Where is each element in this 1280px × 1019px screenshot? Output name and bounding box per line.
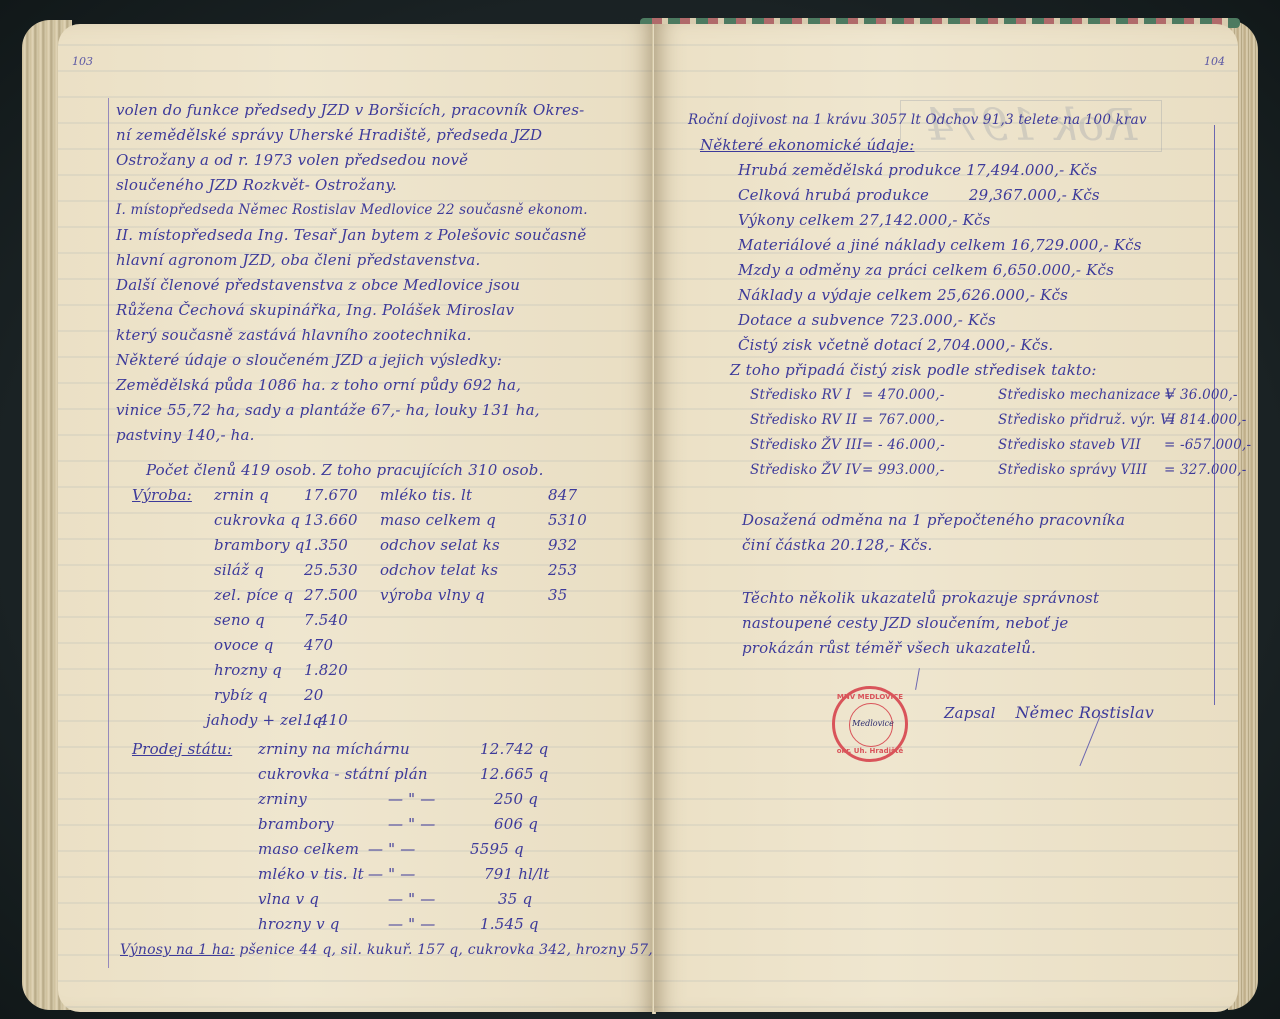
yields-label: Výnosy na 1 ha: [120, 942, 235, 958]
econ-row: Výkony celkem 27,142.000,- Kčs [738, 208, 1142, 233]
table-row: zel. píce q27.500 [214, 583, 354, 608]
table-row: Středisko ŽV IV= 993.000,-Středisko sprá… [750, 458, 1240, 483]
stamp-top-text: MNV MEDLOVICE [835, 693, 905, 701]
text-line: činí částka 20.128,- Kčs. [742, 533, 1125, 558]
text-line: nastoupené cesty JZD sloučením, neboť je [742, 611, 1099, 636]
centers-table: Středisko RV I= 470.000,-Středisko mecha… [750, 383, 1240, 483]
text-line: Některé údaje o sloučeném JZD a jejich v… [116, 348, 588, 373]
stamp-signature: Medlovice [843, 719, 903, 728]
left-intro: volen do funkce předsedy JZD v Boršicích… [116, 98, 588, 448]
table-row: rybíz q20 [214, 683, 354, 708]
econ-heading: Některé ekonomické údaje: [700, 133, 914, 158]
stamp-bottom-text: okr. Uh. Hradiště [835, 747, 905, 755]
table-row: odchov telat ks253 [380, 558, 620, 583]
econ-row: Čistý zisk včetně dotací 2,704.000,- Kčs… [738, 333, 1142, 358]
text-line: I. místopředseda Němec Rostislav Medlovi… [116, 198, 588, 223]
table-row: seno q7.540 [214, 608, 354, 633]
reward-text: Dosažená odměna na 1 přepočteného pracov… [742, 508, 1125, 558]
econ-row: Materiálové a jiné náklady celkem 16,729… [738, 233, 1142, 258]
text-line: který současně zastává hlavního zootechn… [116, 323, 588, 348]
production-col1: zrnin q17.670 cukrovka q13.660 brambory … [214, 483, 354, 733]
table-row: vlna v q— " —35 q [258, 887, 648, 912]
table-row: maso celkem— " —5595 q [258, 837, 648, 862]
official-stamp: MNV MEDLOVICE Medlovice okr. Uh. Hradišt… [832, 686, 908, 762]
members-line: Počet členů 419 osob. Z toho pracujících… [146, 458, 544, 483]
state-sales-table: Prodej státu: zrniny na míchárnu12.742 q… [132, 737, 652, 937]
text-line: sloučeného JZD Rozkvět- Ostrožany. [116, 173, 588, 198]
text-line: vinice 55,72 ha, sady a plantáže 67,- ha… [116, 398, 588, 423]
text-line: Ostrožany a od r. 1973 volen předsedou n… [116, 148, 588, 173]
signature-name: Němec Rostislav [1015, 703, 1154, 722]
table-row: cukrovka - státní plán12.665 q [258, 762, 648, 787]
table-row: mléko tis. lt847 [380, 483, 620, 508]
table-row: Středisko ŽV III= - 46.000,-Středisko st… [750, 433, 1240, 458]
production-col2: mléko tis. lt847 maso celkem q5310 odcho… [380, 483, 620, 608]
text-line: II. místopředseda Ing. Tesař Jan bytem z… [116, 223, 588, 248]
table-row: cukrovka q13.660 [214, 508, 354, 533]
text-line: Zemědělská půda 1086 ha. z toho orní půd… [116, 373, 588, 398]
econ-list: Hrubá zemědělská produkce 17,494.000,- K… [738, 158, 1142, 358]
yields-line: Výnosy na 1 ha: pšenice 44 q, sil. kukuř… [120, 938, 658, 963]
table-row: brambory q1.350 [214, 533, 354, 558]
text-line: Dosažená odměna na 1 přepočteného pracov… [742, 508, 1125, 533]
text-line: Těchto několik ukazatelů prokazuje správ… [742, 586, 1099, 611]
milk-line: Roční dojivost na 1 krávu 3057 lt Odchov… [688, 108, 1147, 133]
text-line: hlavní agronom JZD, oba členi představen… [116, 248, 588, 273]
signature-label: Zapsal [944, 704, 996, 722]
table-row: výroba vlny q35 [380, 583, 620, 608]
table-row: hrozny v q— " —1.545 q [258, 912, 648, 937]
text-line: Růžena Čechová skupinářka, Ing. Polášek … [116, 298, 588, 323]
production-label: Výroba: [132, 483, 192, 508]
econ-row: Celková hrubá produkce 29,367.000,- Kčs [738, 183, 1142, 208]
table-row: mléko v tis. lt— " —791 hl/lt [258, 862, 648, 887]
table-row: Středisko RV II= 767.000,-Středisko přid… [750, 408, 1240, 433]
table-row: ovoce q470 [214, 633, 354, 658]
table-row: maso celkem q5310 [380, 508, 620, 533]
econ-row: Mzdy a odměny za práci celkem 6,650.000,… [738, 258, 1142, 283]
econ-row: Hrubá zemědělská produkce 17,494.000,- K… [738, 158, 1142, 183]
econ-row: Náklady a výdaje celkem 25,626.000,- Kčs [738, 283, 1142, 308]
table-row: brambory— " —606 q [258, 812, 648, 837]
conclusion-text: Těchto několik ukazatelů prokazuje správ… [742, 586, 1099, 661]
table-row: jahody + zel. q1.410 [214, 708, 354, 733]
econ-row: Dotace a subvence 723.000,- Kčs [738, 308, 1142, 333]
text-line: ní zemědělské správy Uherské Hradiště, p… [116, 123, 588, 148]
right-page-number: 104 [1204, 55, 1225, 68]
state-sales-label: Prodej státu: [132, 737, 232, 762]
text-line: volen do funkce předsedy JZD v Boršicích… [116, 98, 588, 123]
production-table: Výroba: zrnin q17.670 cukrovka q13.660 b… [132, 483, 632, 733]
table-row: odchov selat ks932 [380, 533, 620, 558]
table-row: zrnin q17.670 [214, 483, 354, 508]
text-line: prokázán růst téměř všech ukazatelů. [742, 636, 1099, 661]
table-row: Středisko RV I= 470.000,-Středisko mecha… [750, 383, 1240, 408]
table-row: hrozny q1.820 [214, 658, 354, 683]
table-row: zrniny— " —250 q [258, 787, 648, 812]
yields-text: pšenice 44 q, sil. kukuř. 157 q, cukrovk… [239, 942, 658, 958]
table-row: zrniny na míchárnu12.742 q [258, 737, 648, 762]
text-line: Další členové představenstva z obce Medl… [116, 273, 588, 298]
left-margin-line [108, 98, 109, 968]
left-page-number: 103 [72, 55, 93, 68]
table-row: siláž q25.530 [214, 558, 354, 583]
text-line: pastviny 140,- ha. [116, 423, 588, 448]
centers-heading: Z toho připadá čistý zisk podle středise… [730, 358, 1097, 383]
signature-line: Zapsal Němec Rostislav [944, 700, 1154, 726]
